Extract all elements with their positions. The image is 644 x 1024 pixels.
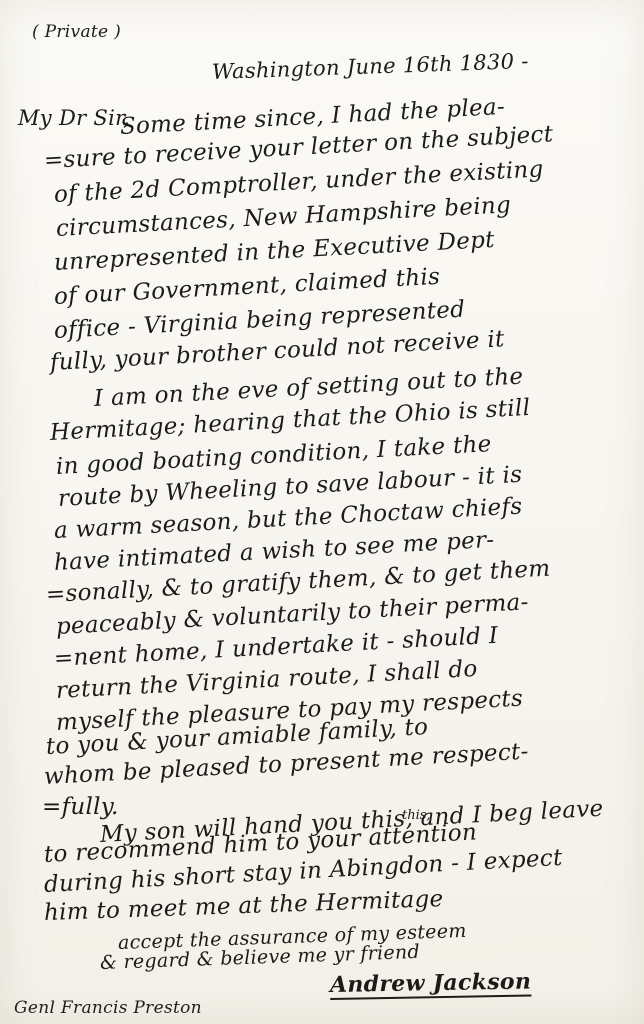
letter-page: ( Private ) Washington June 16th 1830 - … [0, 0, 644, 1024]
body-line: =fully. [42, 794, 119, 820]
private-marking: ( Private ) [32, 22, 121, 42]
salutation: My Dr Sir, [18, 106, 130, 130]
addressee: Genl Francis Preston [14, 998, 202, 1018]
dateline: Washington June 16th 1830 - [212, 49, 529, 84]
signature: Andrew Jackson [330, 968, 532, 998]
